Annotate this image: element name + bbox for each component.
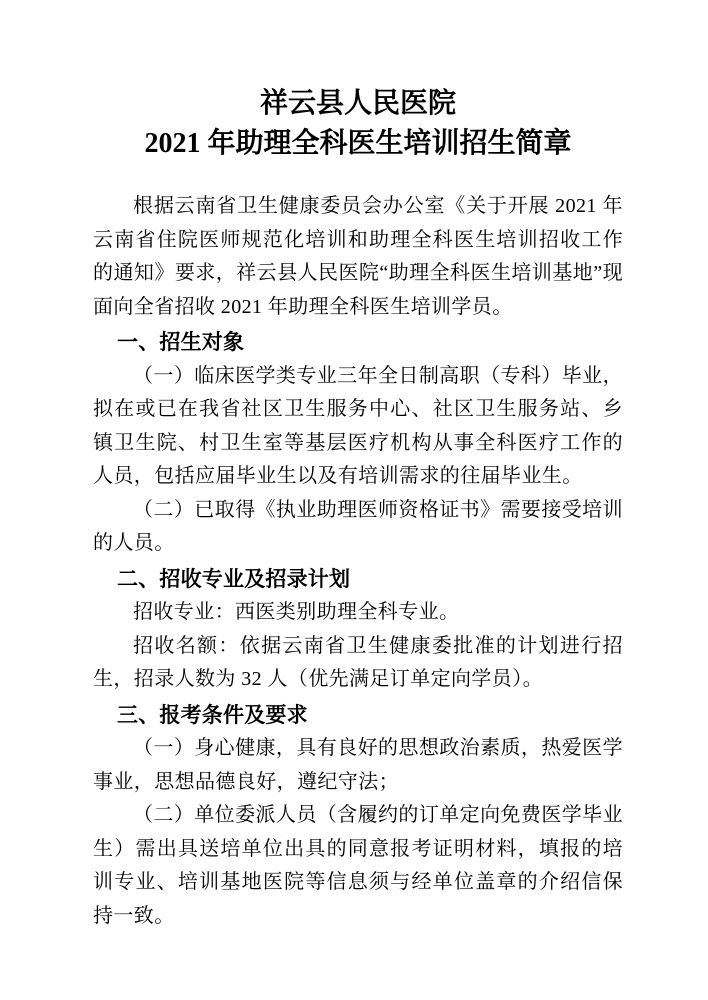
section-1-item-1: （一）临床医学类专业三年全日制高职（专科）毕业，拟在或已在我省社区卫生服务中心、… [93, 360, 623, 494]
document-title-line-2: 2021 年助理全科医生培训招生简章 [93, 124, 623, 164]
document-body: 根据云南省卫生健康委员会办公室《关于开展 2021 年云南省住院医师规范化培训和… [93, 190, 623, 933]
intro-paragraph: 根据云南省卫生健康委员会办公室《关于开展 2021 年云南省住院医师规范化培训和… [93, 190, 623, 324]
section-3-heading: 三、报考条件及要求 [93, 699, 623, 733]
section-2-major-paragraph: 招收专业：西医类别助理全科专业。 [93, 596, 623, 630]
document-page: 祥云县人民医院 2021 年助理全科医生培训招生简章 根据云南省卫生健康委员会办… [0, 0, 708, 1000]
section-3-item-1: （一）身心健康，具有良好的思想政治素质，热爱医学事业，思想品德良好，遵纪守法； [93, 732, 623, 799]
section-1-heading: 一、招生对象 [93, 326, 623, 360]
section-2-heading: 二、招收专业及招录计划 [93, 563, 623, 597]
document-title: 祥云县人民医院 2021 年助理全科医生培训招生简章 [93, 84, 623, 164]
section-3-item-2: （二）单位委派人员（含履约的订单定向免费医学毕业生）需出具送培单位出具的同意报考… [93, 799, 623, 933]
document-title-line-1: 祥云县人民医院 [93, 84, 623, 124]
section-1-item-2: （二）已取得《执业助理医师资格证书》需要接受培训的人员。 [93, 494, 623, 561]
section-2-quota-paragraph: 招收名额：依据云南省卫生健康委批准的计划进行招生，招录人数为 32 人（优先满足… [93, 630, 623, 697]
